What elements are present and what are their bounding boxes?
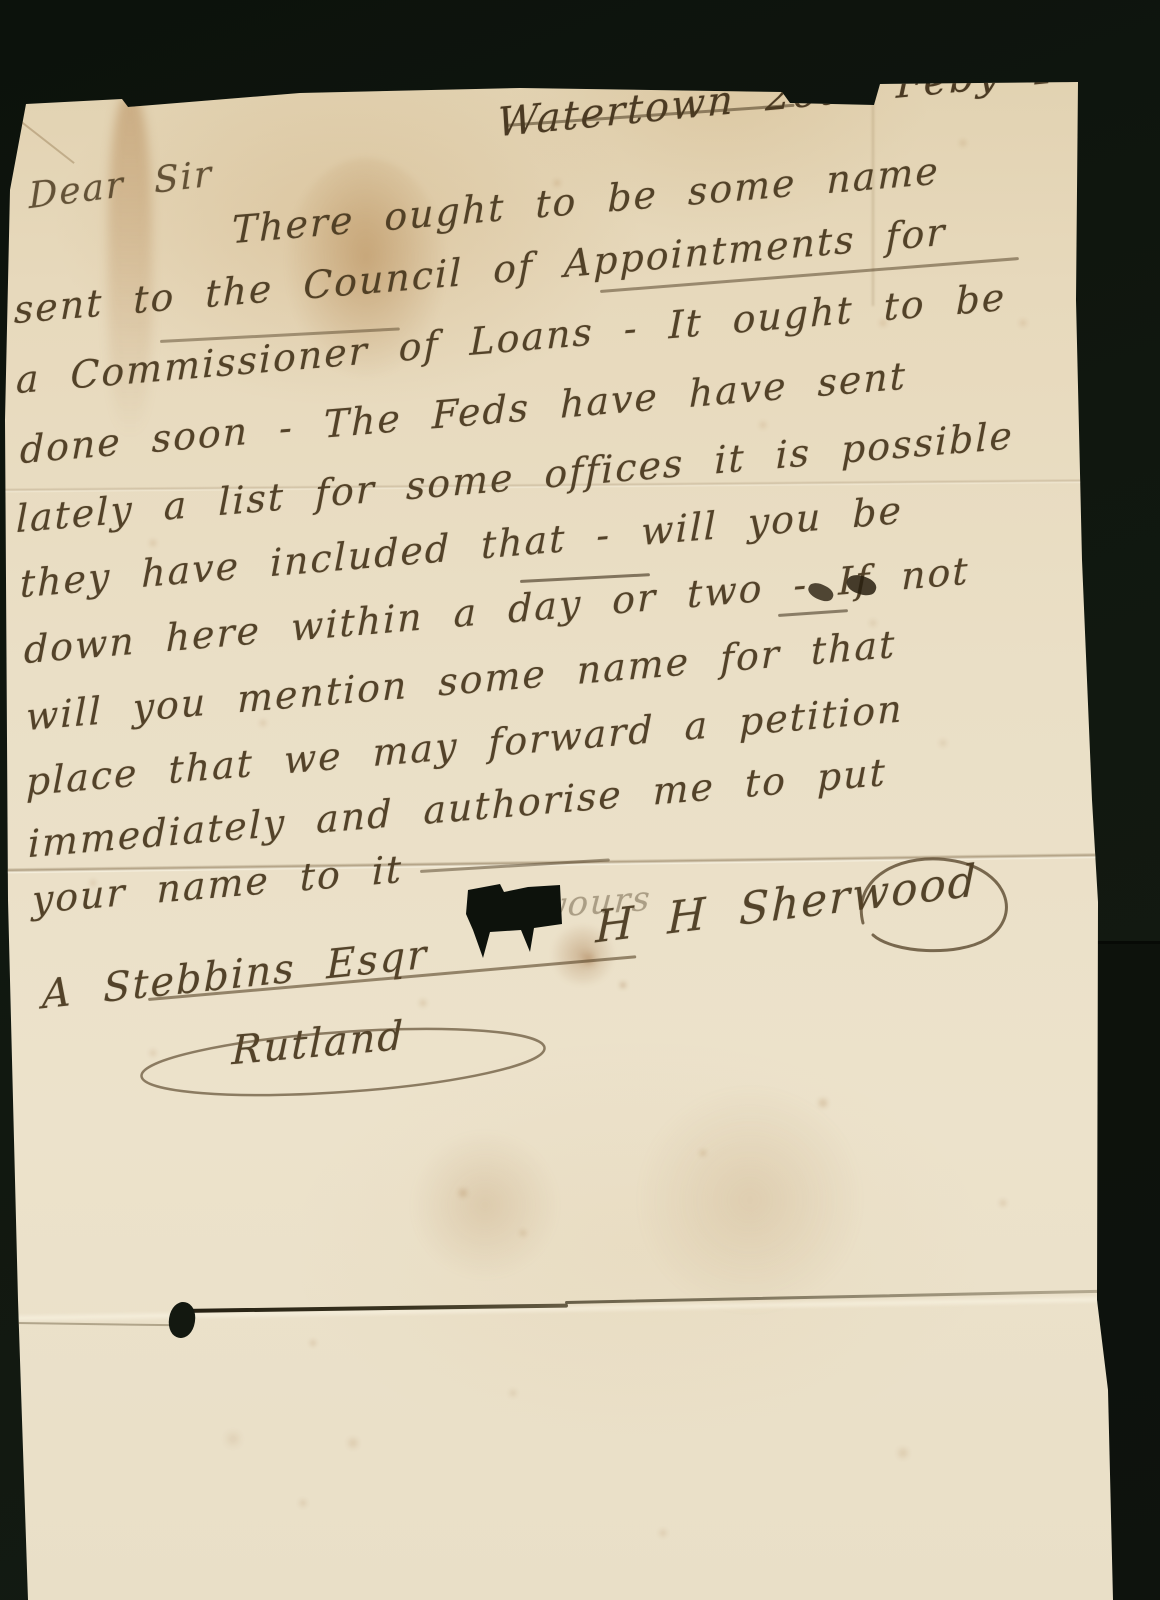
pen-stroke	[420, 858, 610, 872]
fold-tear-slit-right	[565, 1290, 1105, 1304]
salutation: Dear Sir	[28, 153, 214, 217]
dateline: Watertown 26th Feby 1818	[497, 38, 1142, 146]
fold-tear-slit-left	[15, 1322, 180, 1326]
corner-fold-crease	[17, 118, 75, 164]
photo-background: Watertown 26th Feby 1818 Dear Sir There …	[0, 0, 1160, 1600]
address-city: Rutland	[231, 1013, 405, 1074]
address-recipient: A Stebbins Esqr	[42, 931, 428, 1018]
paper-hole-small	[166, 1300, 197, 1340]
stain-middle	[410, 1130, 560, 1280]
fold-crease-lower-highlight	[0, 1297, 1100, 1321]
paper-hole-large	[466, 882, 562, 960]
stain-freckles	[0, 0, 2, 2]
stain-right	[640, 1080, 860, 1320]
letter-paper: Watertown 26th Feby 1818 Dear Sir There …	[0, 0, 1160, 1600]
fold-tear-slit	[178, 1304, 568, 1313]
signature: H H Sherwood	[595, 855, 978, 953]
pen-stroke	[778, 609, 848, 617]
